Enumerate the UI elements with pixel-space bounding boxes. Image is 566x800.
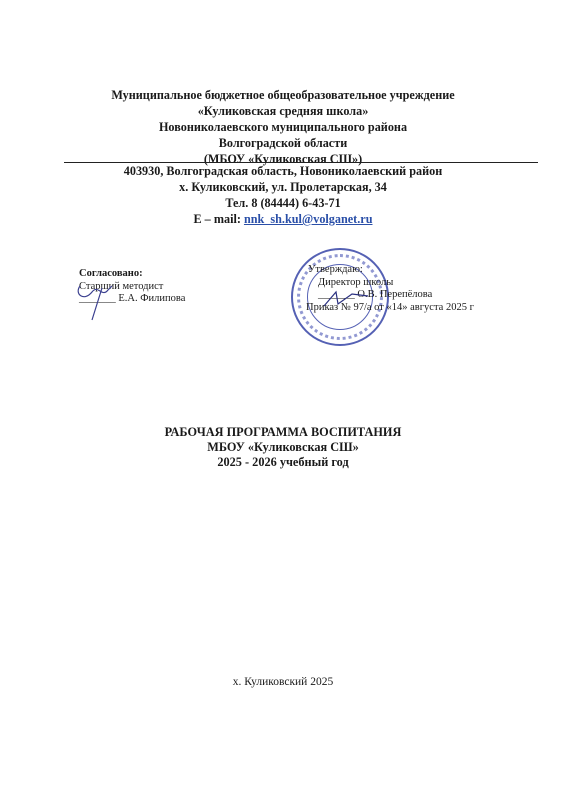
organization-header: Муниципальное бюджетное общеобразователь… [0, 87, 566, 167]
address-line-2: х. Куликовский, ул. Пролетарская, 34 [0, 179, 566, 195]
title-line-3: 2025 - 2026 учебный год [0, 455, 566, 470]
title-line-1: РАБОЧАЯ ПРОГРАММА ВОСПИТАНИЯ [0, 425, 566, 440]
email-link[interactable]: nnk_sh.kul@volganet.ru [244, 212, 373, 226]
org-line-3: Новониколаевского муниципального района [0, 119, 566, 135]
footer-place-year: х. Куликовский 2025 [0, 676, 566, 688]
director-signature-icon [322, 288, 372, 310]
email-label: Е – mail: [194, 212, 244, 226]
org-line-1: Муниципальное бюджетное общеобразователь… [0, 87, 566, 103]
email-line: Е – mail: nnk_sh.kul@volganet.ru [0, 211, 566, 227]
document-title: РАБОЧАЯ ПРОГРАММА ВОСПИТАНИЯ МБОУ «Кулик… [0, 425, 566, 470]
title-line-2: МБОУ «Куликовская СШ» [0, 440, 566, 455]
phone: Тел. 8 (84444) 6-43-71 [0, 195, 566, 211]
signature-icon [72, 280, 122, 324]
org-line-4: Волгоградской области [0, 135, 566, 151]
agreed-heading: Согласовано: [79, 268, 185, 281]
approved-heading: Утверждаю: [306, 264, 474, 277]
address-block: 403930, Волгоградская область, Новоникол… [0, 163, 566, 227]
address-line-1: 403930, Волгоградская область, Новоникол… [0, 163, 566, 179]
org-line-2: «Куликовская средняя школа» [0, 103, 566, 119]
